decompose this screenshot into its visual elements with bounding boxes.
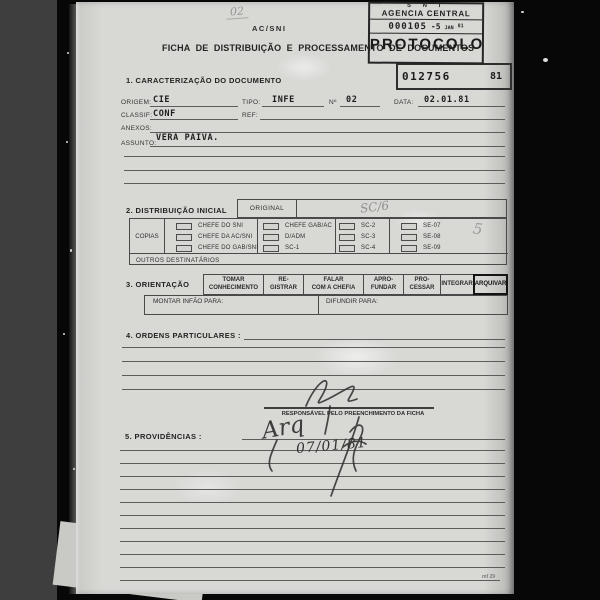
- dust-speck: [67, 52, 69, 54]
- section2-heading: 2. DISTRIBUIÇÃO INICIAL: [126, 206, 227, 215]
- checkbox-chefe-gabac: [263, 223, 279, 230]
- ficha-form-page: 02 AC/SNI FICHA DE DISTRIBUIÇÃO E PROCES…: [76, 2, 514, 594]
- checkbox-sc3: [339, 234, 355, 241]
- checkbox-label: CHEFE DA AC/SNI: [198, 234, 252, 240]
- checkbox-label: SC-4: [361, 245, 375, 251]
- checkbox-sc4: [339, 245, 355, 252]
- dust-speck: [543, 58, 548, 62]
- blank-rule: [120, 463, 505, 464]
- blank-rule: [120, 580, 500, 581]
- checkbox-label: D/ADM: [285, 234, 305, 240]
- difundir-label: DIFUNDIR PARA:: [326, 298, 378, 305]
- dust-speck: [70, 249, 72, 252]
- blank-rule: [120, 554, 505, 555]
- original-label: ORIGINAL: [250, 205, 284, 212]
- responsavel-signature-line: [264, 407, 434, 409]
- scanned-document-background: 02 AC/SNI FICHA DE DISTRIBUIÇÃO E PROCES…: [0, 0, 600, 600]
- copias-cell: COPIAS: [130, 219, 165, 253]
- column-divider: [335, 219, 336, 253]
- blank-rule: [120, 476, 505, 477]
- origem-value: CIE: [153, 95, 170, 105]
- checkbox-label: CHEFE DO GAB/SNI: [198, 245, 258, 251]
- protocolo-stamp: S N I AGENCIA CENTRAL 000105 -5 JAN 81 P…: [368, 2, 484, 65]
- checkbox-sc2: [339, 223, 355, 230]
- stamp-protocolo-word: PROTOCOLO: [370, 36, 482, 53]
- field-underline: [260, 119, 505, 120]
- section5-heading: 5. PROVIDÊNCIAS :: [125, 432, 202, 441]
- original-cell: ORIGINAL: [237, 199, 297, 218]
- blank-rule: [122, 389, 505, 390]
- checkbox-label: SE-09: [423, 245, 441, 251]
- anexos-label: ANEXOS:: [121, 125, 152, 132]
- checkbox-sc1: [263, 245, 279, 252]
- blank-rule: [122, 347, 505, 348]
- orientacao-cell-registrar: RE- GISTRAR: [263, 274, 304, 295]
- orientacao-cell-falar: FALAR COM A CHEFIA: [303, 274, 364, 295]
- dust-speck: [73, 468, 75, 470]
- orientacao-cell-integrar: INTEGRAR: [440, 274, 474, 295]
- blank-rule: [120, 515, 505, 516]
- row2-divider: [318, 296, 319, 314]
- orientacao-row2: MONTAR INFÃO PARA: DIFUNDIR PARA:: [144, 295, 508, 315]
- dust-speck: [521, 11, 524, 13]
- field-underline: [418, 106, 505, 107]
- section3-heading: 3. ORIENTAÇÃO: [126, 280, 189, 289]
- origem-label: ORIGEM:: [121, 99, 151, 106]
- checkbox-label: CHEFE DO SNI: [198, 223, 243, 229]
- blank-rule: [124, 170, 505, 171]
- data-label: DATA:: [394, 99, 414, 106]
- orientacao-cell-arquivar-marked: ARQUIVAR: [473, 274, 508, 295]
- blank-rule: [244, 339, 505, 340]
- copias-table: COPIAS CHEFE DO SNI CHEFE DA AC/SNI CHEF…: [129, 218, 507, 265]
- copias-label: COPIAS: [135, 233, 158, 240]
- montar-label: MONTAR INFÃO PARA:: [153, 298, 223, 305]
- checkbox-label: CHEFE GAB/AC: [285, 223, 332, 229]
- numero-value: 02: [346, 95, 357, 105]
- checkbox-chefe-do-sni: [176, 223, 192, 230]
- blank-rule: [124, 183, 505, 184]
- checkbox-se07: [401, 223, 417, 230]
- numero-label: Nº: [329, 99, 337, 106]
- orientacao-cell-processar: PRO- CESSAR: [403, 274, 441, 295]
- stamp-month: JAN: [445, 25, 454, 31]
- document-number-year: 81: [490, 71, 502, 82]
- checkbox-chefe-da-acsni: [176, 234, 192, 241]
- blank-rule: [124, 156, 505, 157]
- blank-rule: [120, 567, 505, 568]
- section4-heading: 4. ORDENS PARTICULARES :: [126, 331, 241, 340]
- stamp-year: 81: [458, 23, 464, 29]
- scan-margin-strip: [0, 0, 57, 600]
- checkbox-label: SE-07: [423, 223, 441, 229]
- blank-rule: [120, 541, 505, 542]
- document-number: 012756: [402, 70, 451, 83]
- classif-value: CONF: [153, 109, 176, 119]
- checkbox-dadm: [263, 234, 279, 241]
- field-underline: [150, 106, 238, 107]
- footer-mark: mf 29: [482, 574, 495, 580]
- org-label: AC/SNI: [252, 24, 286, 33]
- field-underline: [150, 119, 238, 120]
- checkbox-label: SC-2: [361, 223, 375, 229]
- pencil-mark: 5: [472, 219, 484, 238]
- column-divider: [389, 219, 390, 253]
- checkbox-label: SC-1: [285, 245, 299, 251]
- outros-label: OUTROS DESTINATÁRIOS: [136, 257, 220, 264]
- document-number-stamp: 012756 81: [396, 63, 512, 90]
- data-value: 02.01.81: [424, 95, 470, 105]
- stamp-day: -5: [431, 22, 441, 31]
- field-underline: [340, 106, 380, 107]
- outros-row: OUTROS DESTINATÁRIOS: [130, 253, 508, 266]
- pencil-note-top: 02: [226, 4, 249, 20]
- checkbox-se08: [401, 234, 417, 241]
- dust-speck: [76, 381, 78, 383]
- original-value-cell: [296, 199, 507, 218]
- orientacao-cell-tomar: TOMAR CONHECIMENTO: [203, 274, 264, 295]
- dust-speck: [66, 141, 68, 143]
- checkbox-label: SE-08: [423, 234, 441, 240]
- section1-heading: 1. CARACTERIZAÇÃO DO DOCUMENTO: [126, 76, 282, 85]
- blank-rule: [120, 528, 505, 529]
- field-underline: [150, 146, 505, 147]
- checkbox-label: SC-3: [361, 234, 375, 240]
- classif-label: CLASSIF:: [121, 112, 152, 119]
- checkbox-chefe-do-gabsni: [176, 245, 192, 252]
- blank-rule: [122, 375, 505, 376]
- tipo-value: INFE: [272, 95, 295, 105]
- ref-label: REF:: [242, 112, 258, 119]
- stamp-agency-line: AGENCIA CENTRAL: [370, 9, 482, 21]
- field-underline: [262, 106, 324, 107]
- dust-speck: [63, 333, 65, 335]
- blank-rule: [120, 502, 505, 503]
- checkbox-se09: [401, 245, 417, 252]
- orientacao-cell-aprofundar: APRO- FUNDAR: [363, 274, 404, 295]
- stamp-protocol-number: 000105: [388, 22, 427, 32]
- tipo-label: TIPO:: [242, 99, 260, 106]
- blank-rule: [120, 489, 505, 490]
- assunto-value: VERA PAIVA.: [156, 133, 219, 143]
- blank-rule: [122, 361, 505, 362]
